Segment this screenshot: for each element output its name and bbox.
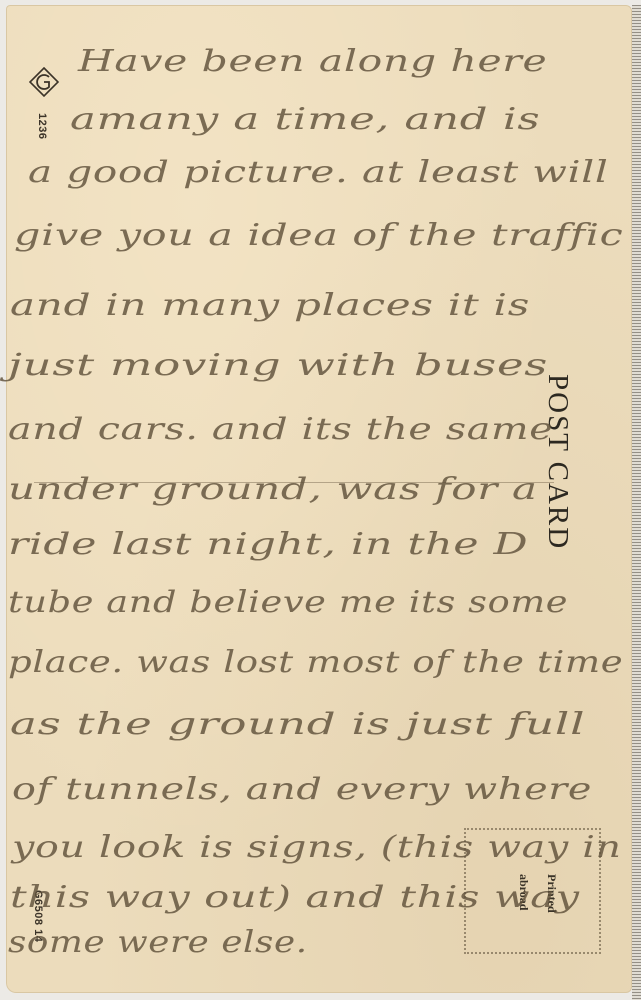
message-line: give you a idea of the traffic	[14, 218, 623, 253]
message-line: place. was lost most of the time	[8, 645, 623, 680]
message-line: under ground, was for a	[8, 472, 538, 507]
message-line: just moving with buses	[8, 348, 548, 383]
message-line: of tunnels, and every where	[12, 772, 592, 807]
message-line: as the ground is just full	[10, 707, 585, 742]
message-line: Have been along here	[78, 44, 547, 79]
message-line: ride last night, in the D	[8, 527, 528, 562]
message-line: you look is signs, (this way in	[12, 830, 622, 865]
message-line: a good picture. at least will	[28, 155, 608, 190]
message-line: amany a time, and is	[70, 102, 540, 137]
message-line: and in many places it is	[10, 288, 530, 323]
message-line: and cars. and its the same	[8, 412, 553, 447]
message-line: tube and believe me its some	[8, 585, 568, 620]
message-line: some were else.	[8, 925, 308, 960]
message-line: this way out) and this way	[10, 880, 580, 915]
handwritten-message: Have been along here amany a time, and i…	[0, 0, 641, 1000]
